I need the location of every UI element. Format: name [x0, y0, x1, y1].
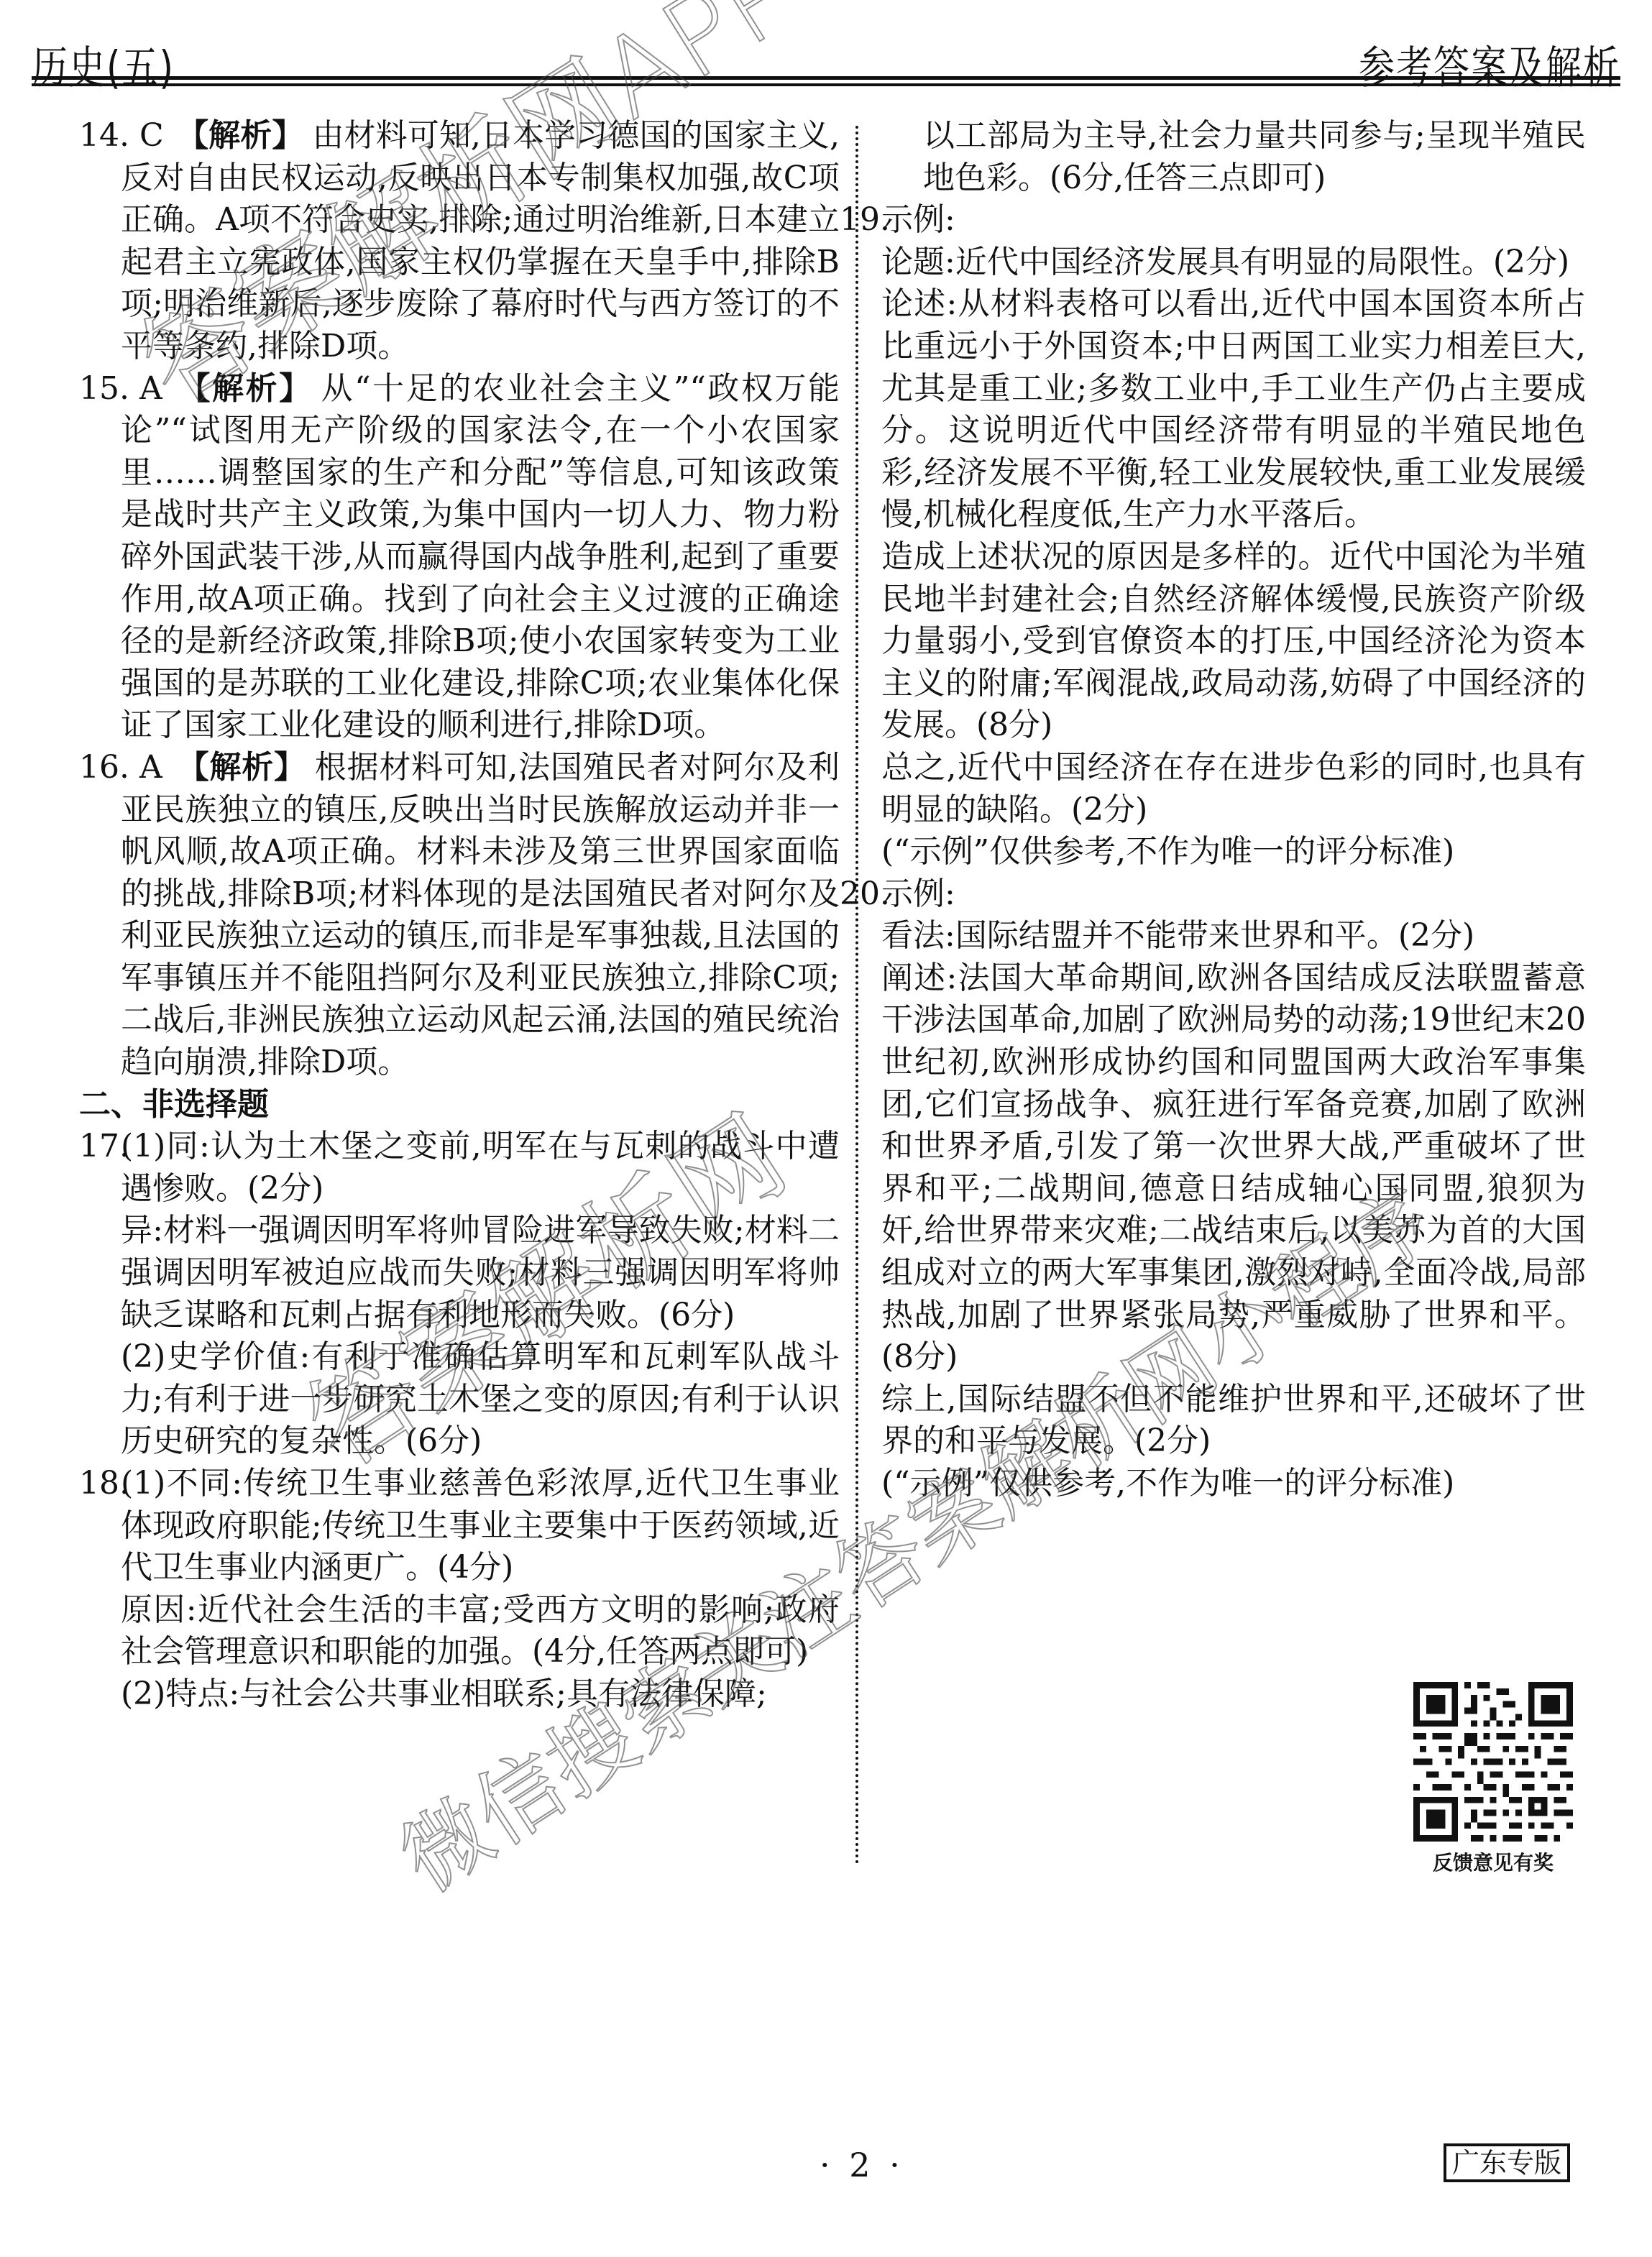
answer-part: 异:材料一强调因明军将帅冒险进军导致失败;材料二强调因明军被迫应战而失败;材料三…: [121, 1210, 840, 1336]
answer-part: 论述:从材料表格可以看出,近代中国本国资本所占比重远小于外国资本;中日两国工业实…: [881, 283, 1586, 536]
answer-part: 总之,近代中国经济在存在进步色彩的同时,也具有明显的缺陷。(2分): [881, 747, 1586, 831]
example-heading: 示例:: [881, 199, 1586, 242]
left-column: 14. C 【解析】由材料可知,日本学习德国的国家主义,反对自由民权运动,反映出…: [121, 115, 840, 1716]
answer-text: 根据材料可知,法国殖民者对阿尔及利亚民族独立的镇压,反映出当时民族解放运动并非一…: [121, 749, 840, 1080]
scoring-note: (“示例”仅供参考,不作为唯一的评分标准): [881, 1463, 1586, 1505]
qr-label: 反馈意见有奖: [1413, 1847, 1573, 1876]
answer-part: 看法:国际结盟并不能带来世界和平。(2分): [881, 915, 1586, 957]
document-title: 参考答案及解析: [1359, 32, 1620, 96]
answer-part: 论题:近代中国经济发展具有明显的局限性。(2分): [881, 242, 1586, 284]
answer-part: 造成上述状况的原因是多样的。近代中国沦为半殖民地半封建社会;自然经济解体缓慢,民…: [881, 536, 1586, 747]
feedback-qr[interactable]: 反馈意见有奖: [1413, 1682, 1573, 1876]
right-column: 以工部局为主导,社会力量共同参与;呈现半殖民地色彩。(6分,任答三点即可) 19…: [881, 115, 1586, 1505]
answer-part: 阐述:法国大革命期间,欧洲各国结成反法联盟蓄意干涉法国革命,加剧了欧洲局势的动荡…: [881, 957, 1586, 1379]
question-number: 14. C: [79, 115, 164, 157]
answer-part: (1)不同:传统卫生事业慈善色彩浓厚,近代卫生事业体现政府职能;传统卫生事业主要…: [121, 1463, 840, 1589]
answer-part: 以工部局为主导,社会力量共同参与;呈现半殖民地色彩。(6分,任答三点即可): [923, 115, 1586, 199]
answer-part: 综上,国际结盟不但不能维护世界和平,还破坏了世界的和平与发展。(2分): [881, 1379, 1586, 1463]
answer-16: 16. A 【解析】根据材料可知,法国殖民者对阿尔及利亚民族独立的镇压,反映出当…: [79, 747, 840, 1084]
answer-text: 由材料可知,日本学习德国的国家主义,反对自由民权运动,反映出日本专制集权加强,故…: [121, 117, 840, 364]
answer-18: 18. (1)不同:传统卫生事业慈善色彩浓厚,近代卫生事业体现政府职能;传统卫生…: [79, 1463, 840, 1716]
answer-part: (2)特点:与社会公共事业相联系;具有法律保障;: [121, 1673, 840, 1716]
answer-17: 17. (1)同:认为土木堡之变前,明军在与瓦剌的战斗中遭遇惨败。(2分) 异:…: [79, 1126, 840, 1463]
scoring-note: (“示例”仅供参考,不作为唯一的评分标准): [881, 831, 1586, 873]
analysis-tag: 【解析】: [177, 370, 313, 407]
answer-20: 20. 示例: 看法:国际结盟并不能带来世界和平。(2分) 阐述:法国大革命期间…: [840, 873, 1586, 1505]
question-number: 17.: [79, 1126, 129, 1168]
answer-part: (1)同:认为土木堡之变前,明军在与瓦剌的战斗中遭遇惨败。(2分): [121, 1126, 840, 1210]
page-number: · 2 ·: [820, 2146, 904, 2184]
analysis-tag: 【解析】: [177, 749, 306, 786]
answer-15: 15. A 【解析】从“十足的农业社会主义”“政权万能论”“试图用无产阶级的国家…: [79, 368, 840, 747]
question-number: 20.: [840, 873, 890, 916]
question-number: 19.: [840, 199, 890, 242]
question-number: 15. A: [79, 368, 162, 410]
qr-code-icon[interactable]: [1413, 1682, 1573, 1842]
header-rule-thin: [32, 83, 1620, 86]
question-number: 16. A: [79, 747, 162, 789]
header-rule-thick: [32, 76, 1620, 80]
answer-14: 14. C 【解析】由材料可知,日本学习德国的国家主义,反对自由民权运动,反映出…: [79, 115, 840, 368]
question-number: 18.: [79, 1463, 129, 1505]
section-title: 二、非选择题: [79, 1084, 840, 1126]
edition-badge: 广东专版: [1444, 2143, 1570, 2182]
answer-part: 原因:近代社会生活的丰富;受西方文明的影响;政府社会管理意识和职能的加强。(4分…: [121, 1589, 840, 1673]
answer-text: 从“十足的农业社会主义”“政权万能论”“试图用无产阶级的国家法令,在一个小农国家…: [121, 370, 840, 744]
answer-19: 19. 示例: 论题:近代中国经济发展具有明显的局限性。(2分) 论述:从材料表…: [840, 199, 1586, 873]
example-heading: 示例:: [881, 873, 1586, 916]
answer-18-continued: 以工部局为主导,社会力量共同参与;呈现半殖民地色彩。(6分,任答三点即可): [881, 115, 1586, 199]
subject-title: 历史(五): [32, 32, 175, 96]
analysis-tag: 【解析】: [177, 117, 303, 154]
answer-part: (2)史学价值:有利于准确估算明军和瓦剌军队战斗力;有利于进一步研究土木堡之变的…: [121, 1336, 840, 1463]
